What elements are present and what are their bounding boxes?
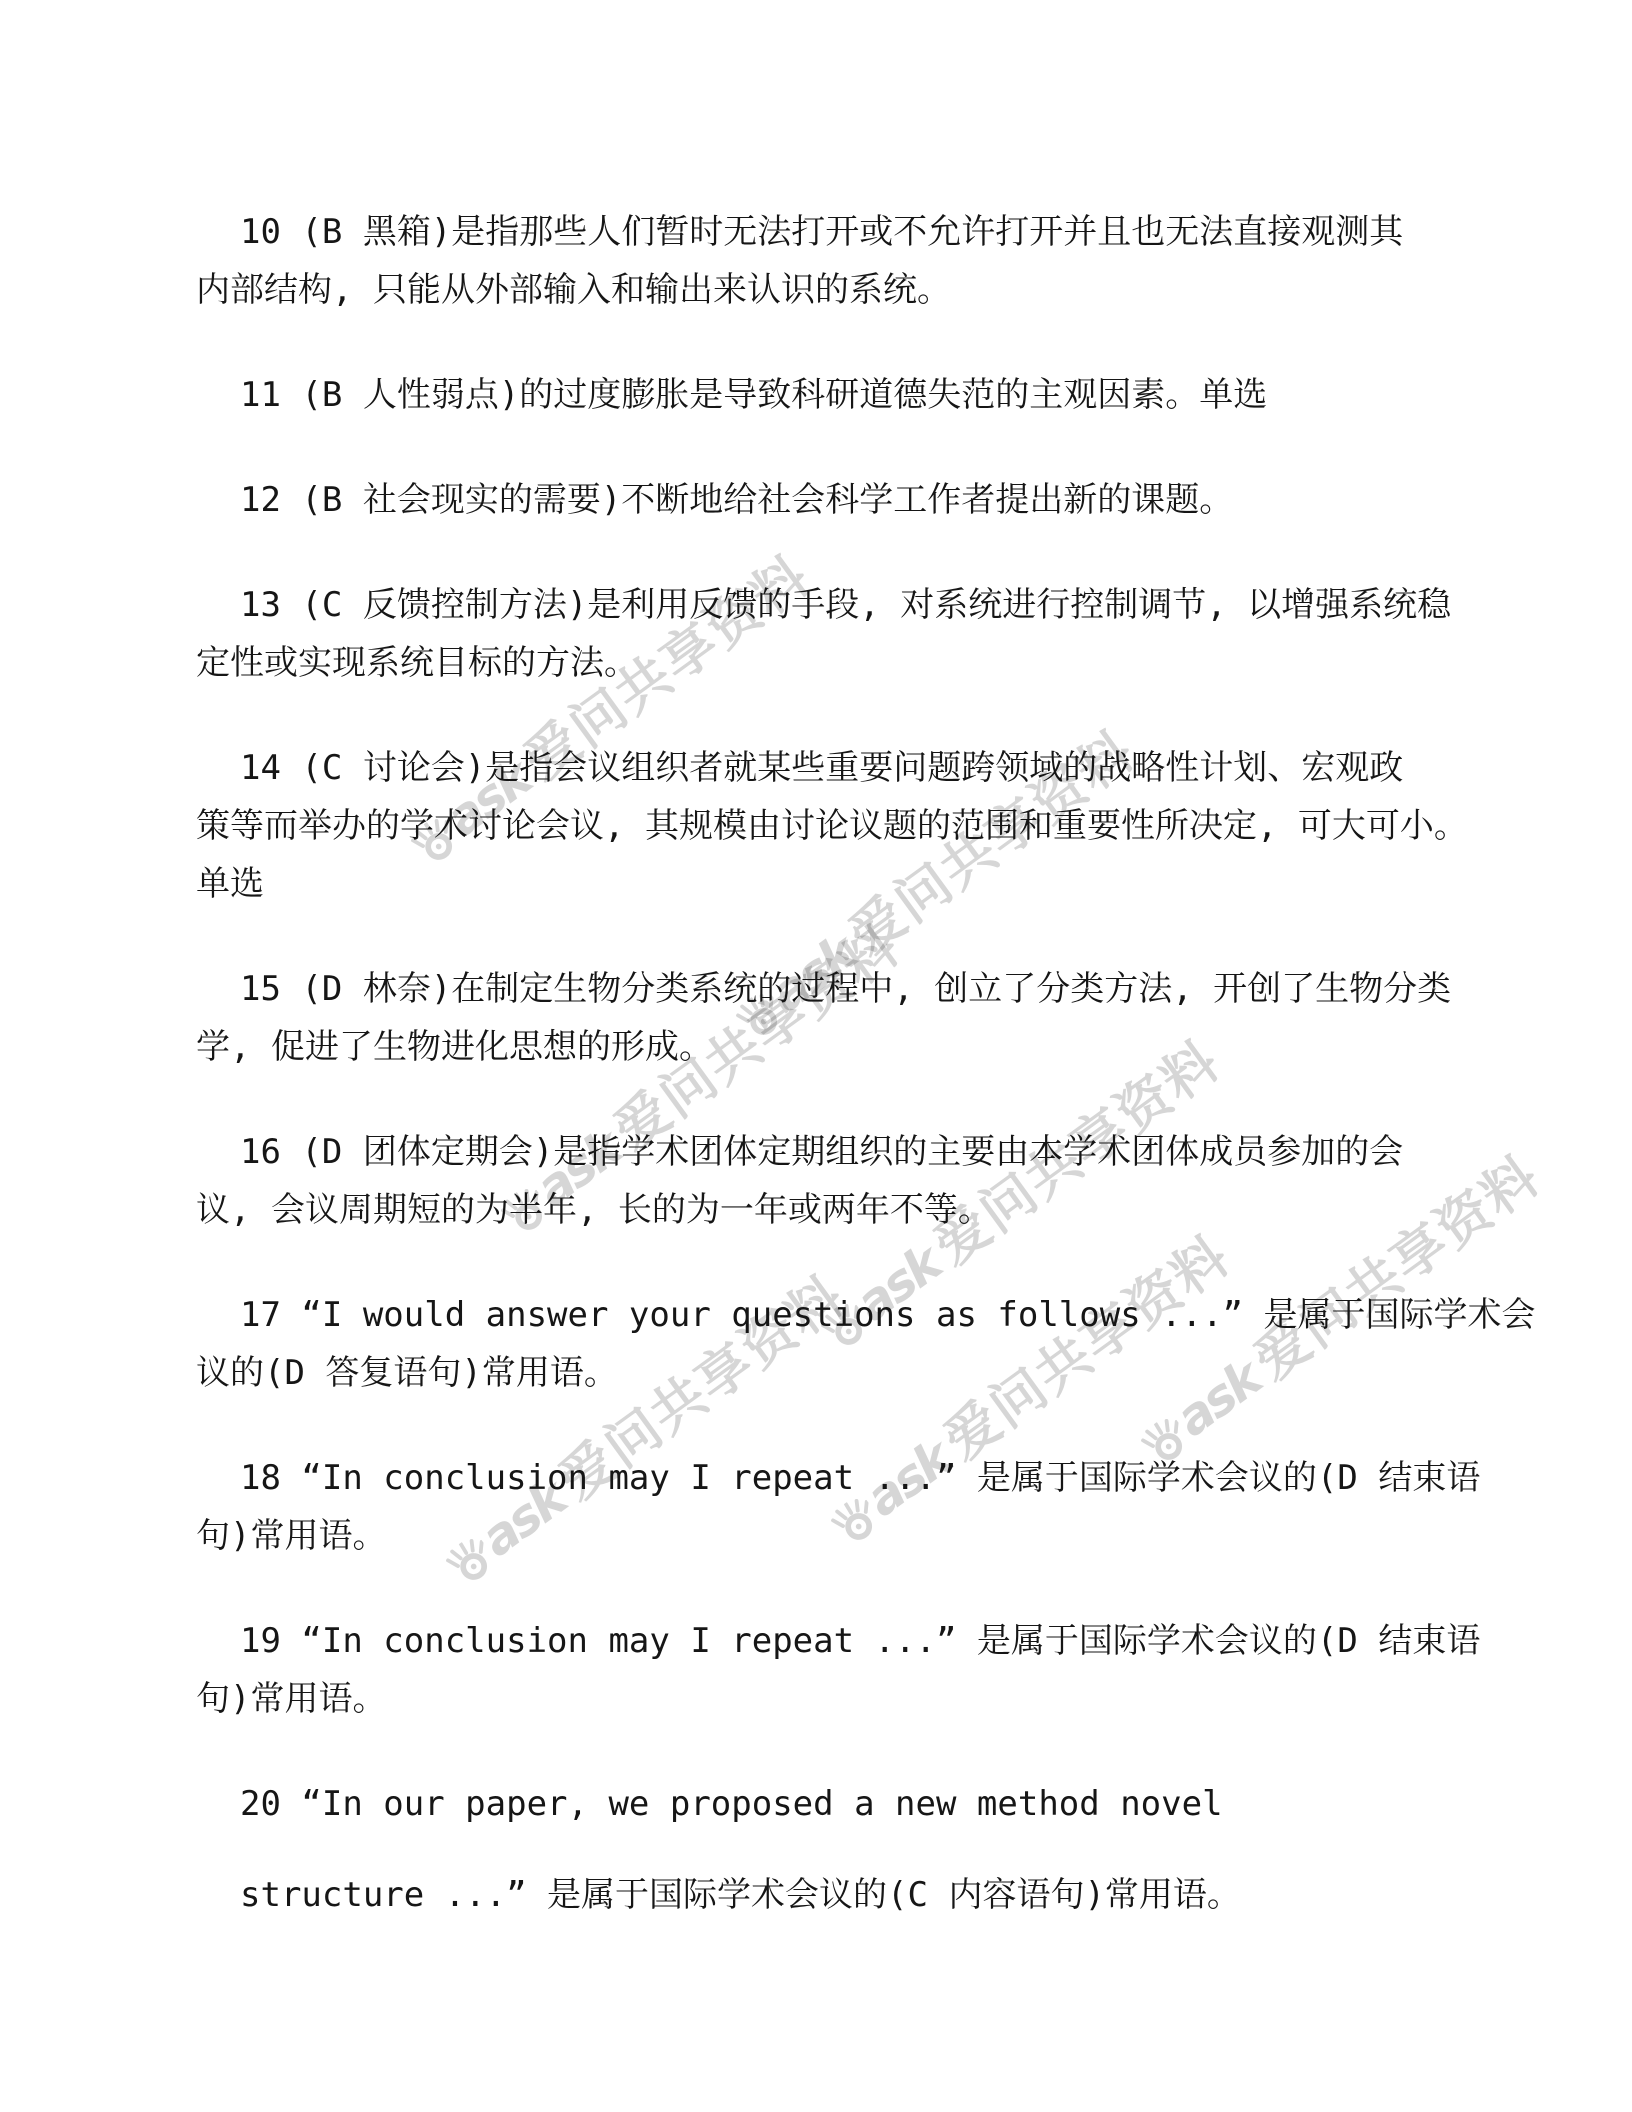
answer-item-14: 14 (C 讨论会)是指会议组织者就某些重要问题跨领域的战略性计划、宏观政 策等… xyxy=(196,739,1512,913)
answer-item-16: 16 (D 团体定期会)是指学术团体定期组织的主要由本学术团体成员参加的会 议,… xyxy=(196,1123,1512,1239)
answer-item-17: 17 “I would answer your questions as fol… xyxy=(196,1286,1512,1402)
answer-item-11: 11 (B 人性弱点)的过度膨胀是导致科研道德失范的主观因素。单选 xyxy=(196,366,1512,424)
document-page: ask 爱问共享资料 ask 爱问共享资料 ask 爱问共享资料 ask 爱问共… xyxy=(0,0,1632,2112)
answer-item-20-part2: structure ...” 是属于国际学术会议的(C 内容语句)常用语。 xyxy=(196,1866,1512,1924)
answer-item-19: 19 “In conclusion may I repeat ...” 是属于国… xyxy=(196,1612,1512,1728)
answer-item-12: 12 (B 社会现实的需要)不断地给社会科学工作者提出新的课题。 xyxy=(196,471,1512,529)
answer-item-13: 13 (C 反馈控制方法)是利用反馈的手段, 对系统进行控制调节, 以增强系统稳… xyxy=(196,576,1512,692)
answer-item-18: 18 “In conclusion may I repeat ...” 是属于国… xyxy=(196,1449,1512,1565)
answer-item-15: 15 (D 林奈)在制定生物分类系统的过程中, 创立了分类方法, 开创了生物分类… xyxy=(196,960,1512,1076)
document-content: 10 (B 黑箱)是指那些人们暂时无法打开或不允许打开并且也无法直接观测其 内部… xyxy=(0,0,1632,1924)
answer-item-20-part1: 20 “In our paper, we proposed a new meth… xyxy=(196,1775,1512,1833)
answer-item-10: 10 (B 黑箱)是指那些人们暂时无法打开或不允许打开并且也无法直接观测其 内部… xyxy=(196,203,1512,319)
